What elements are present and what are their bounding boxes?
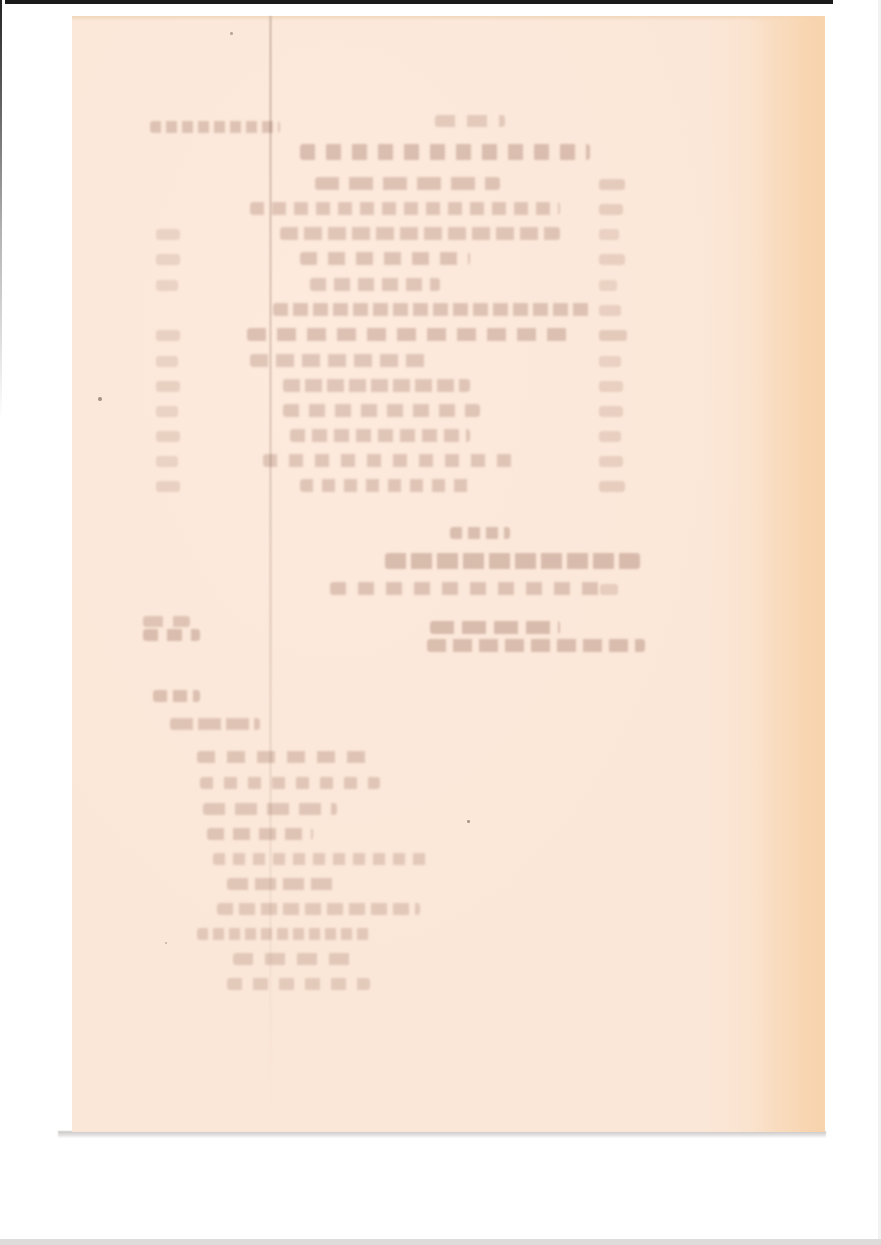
scanned-document-photo: { "document": { "kind": "scanned book pa…	[0, 0, 881, 1245]
faint-toc-row-pagenum	[599, 381, 623, 392]
faint-toc-row-text	[263, 454, 520, 467]
faint-section-3-heading	[385, 553, 640, 569]
faint-toc-row-text	[273, 303, 593, 316]
faint-list-item	[233, 953, 353, 965]
faint-section-3-subtitle	[330, 582, 600, 595]
faint-toc-row-itemnum	[156, 406, 178, 417]
faint-list-item	[213, 853, 427, 865]
paper-speck	[98, 397, 102, 401]
faint-section-3-pagenum	[600, 584, 618, 595]
faint-list-item	[203, 803, 337, 815]
faint-toc-row-text	[315, 177, 500, 190]
photo-frame-top-border	[5, 0, 833, 4]
paper-speck	[467, 820, 470, 823]
faint-section-2-heading	[300, 144, 590, 160]
faint-toc-row-pagenum	[599, 456, 623, 467]
faint-toc-row-pagenum	[599, 356, 621, 367]
faint-list-item	[227, 878, 337, 890]
faint-list-item	[197, 751, 370, 763]
faint-toc-row-text	[310, 278, 440, 291]
faint-toc-row-itemnum	[156, 431, 180, 442]
faint-toc-row-pagenum	[599, 280, 617, 291]
faint-toc-row-text	[247, 328, 570, 341]
faint-list-item	[207, 828, 313, 840]
faint-toc-row-text	[283, 404, 480, 417]
faint-toc-row-text	[250, 354, 430, 367]
photo-frame-bottom-border	[0, 1239, 881, 1245]
faint-toc-row-itemnum	[156, 456, 178, 467]
faint-toc-row-pagenum	[599, 406, 623, 417]
faint-section-3-number	[450, 527, 510, 539]
faint-left-caption-line-2	[143, 629, 200, 641]
faint-list-item	[200, 777, 380, 789]
faint-list-item	[227, 978, 370, 990]
photo-frame-left-border	[0, 0, 2, 420]
faint-toc-row-text	[300, 252, 470, 265]
faint-toc-row-pagenum	[599, 204, 623, 215]
faint-toc-row-itemnum	[156, 481, 180, 492]
paper-speck	[165, 942, 167, 944]
faint-toc-row-text	[283, 379, 470, 392]
faint-imprint-line-2	[427, 639, 645, 652]
faint-toc-row-pagenum	[599, 330, 627, 341]
faint-header-right-line	[435, 115, 505, 127]
faint-toc-row-text	[280, 227, 560, 240]
faint-list-item	[197, 928, 370, 940]
page-bottom-shadow	[58, 1131, 826, 1138]
faint-list-item	[153, 690, 200, 702]
faint-list-item	[170, 718, 260, 730]
faint-toc-row-pagenum	[599, 481, 625, 492]
faint-toc-row-text	[250, 202, 560, 215]
paper-speck	[230, 32, 233, 35]
faint-toc-row-pagenum	[599, 179, 625, 190]
faint-toc-row-pagenum	[599, 431, 621, 442]
page-scan	[72, 16, 825, 1132]
faint-toc-row-itemnum	[156, 356, 178, 367]
faint-toc-row-itemnum	[156, 330, 180, 341]
faint-header-left-line	[150, 121, 280, 133]
faint-left-caption-line-1	[143, 616, 190, 627]
faint-toc-row-itemnum	[156, 254, 180, 265]
faint-toc-row-itemnum	[156, 229, 180, 240]
faint-toc-row-itemnum	[156, 381, 180, 392]
fold-crease-line	[269, 16, 272, 1106]
faint-toc-row-text	[300, 479, 470, 492]
faint-toc-row-pagenum	[599, 305, 621, 316]
faint-toc-row-itemnum	[156, 280, 178, 291]
faint-imprint-line-1	[430, 621, 560, 634]
faint-list-item	[217, 903, 420, 915]
faint-toc-row-text	[290, 429, 470, 442]
faint-toc-row-pagenum	[599, 254, 625, 265]
faint-toc-row-pagenum	[599, 229, 619, 240]
